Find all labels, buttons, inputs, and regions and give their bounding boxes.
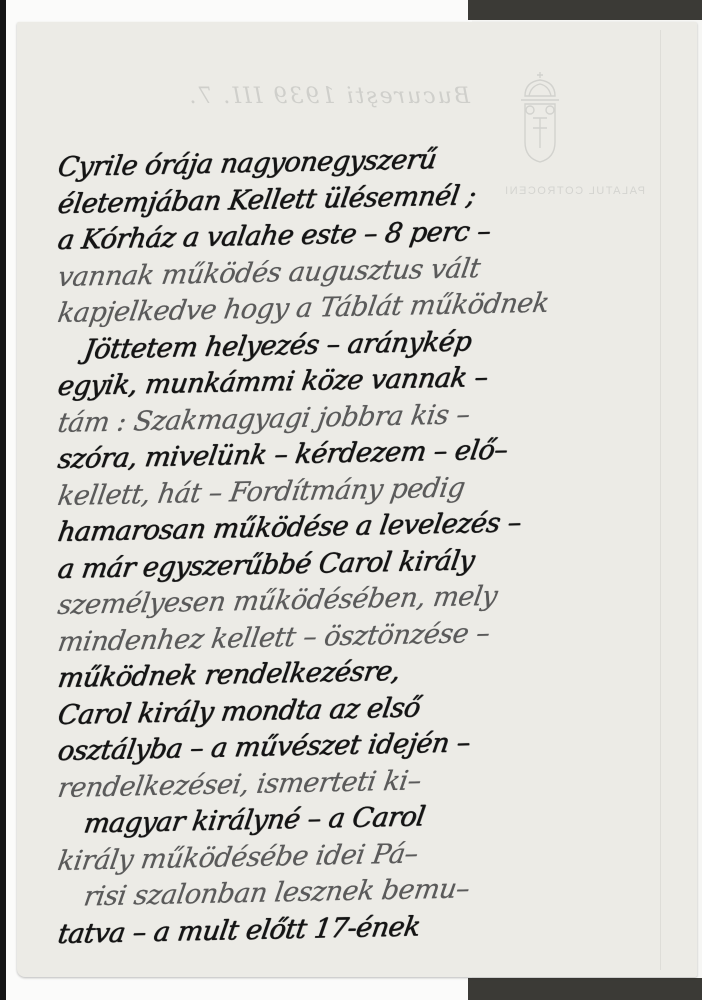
- scanner-background-dark-bottom: [468, 978, 702, 1000]
- handwritten-body: Cyrile órája nagyonegyszerű életemjában …: [58, 150, 678, 953]
- scanner-background-dark-top: [468, 0, 702, 20]
- faint-date-note: Bucureşti 1939 III. 7.: [70, 84, 470, 109]
